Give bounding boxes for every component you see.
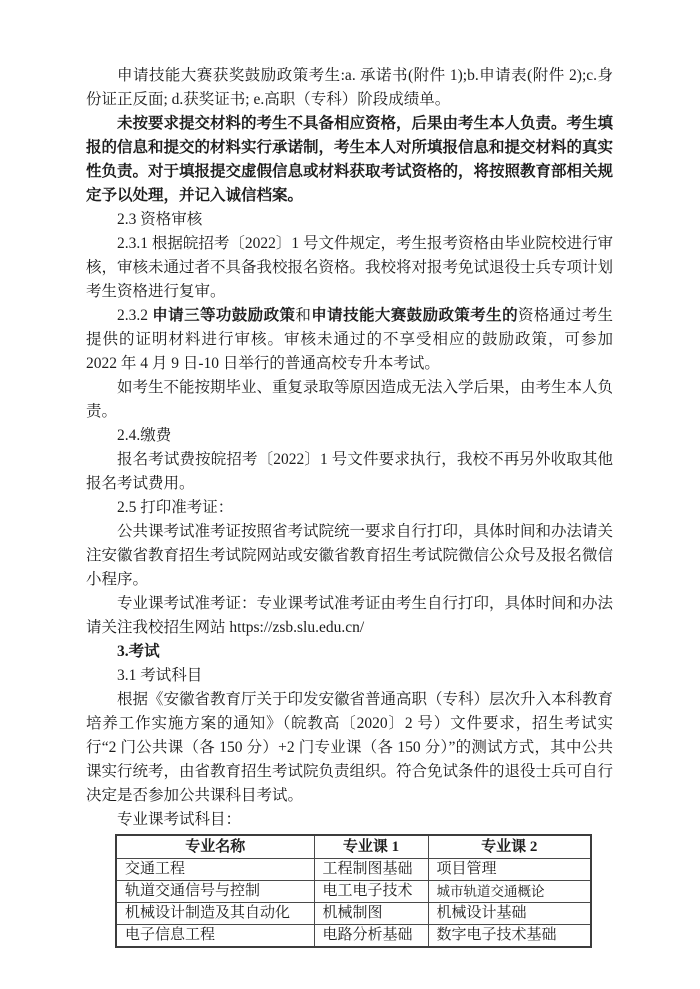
section-heading-3-1: 3.1 考试科目 — [86, 664, 613, 688]
table-row: 机械设计制造及其自动化 机械制图 机械设计基础 — [116, 903, 591, 925]
section-heading-2-4: 2.4.缴费 — [86, 424, 613, 448]
table-cell: 数字电子技术基础 — [428, 925, 591, 948]
table-cell: 机械设计基础 — [428, 903, 591, 925]
table-cell: 轨道交通信号与控制 — [116, 881, 314, 903]
header-major-course-1: 专业课 1 — [314, 835, 428, 859]
header-major-course-2: 专业课 2 — [428, 835, 591, 859]
subjects-table-header-row: 专业名称 专业课 1 专业课 2 — [116, 835, 591, 859]
paragraph-exam-intro: 根据《安徽省教育厅关于印发安徽省普通高职（专科）层次升入本科教育培养工作实施方案… — [86, 688, 613, 808]
table-cell: 项目管理 — [428, 859, 591, 881]
table-cell: 交通工程 — [116, 859, 314, 881]
paragraph-deferral-responsibility: 如考生不能按期毕业、重复录取等原因造成无法入学后果，由考生本人负责。 — [86, 376, 613, 424]
table-row: 交通工程 工程制图基础 项目管理 — [116, 859, 591, 881]
table-cell: 机械设计制造及其自动化 — [116, 903, 314, 925]
paragraph-2-3-2-prefix: 2.3.2 — [117, 307, 152, 324]
section-heading-3: 3.考试 — [86, 640, 613, 664]
paragraph-fee: 报名考试费按皖招考〔2022〕1 号文件要求执行，我校不再另外收取其他报名考试费… — [86, 448, 613, 496]
paragraph-2-3-2: 2.3.2 申请三等功鼓励政策和申请技能大赛鼓励政策考生的资格通过考生提供的证明… — [86, 304, 613, 376]
subjects-table: 专业名称 专业课 1 专业课 2 交通工程 工程制图基础 项目管理 轨道交通信号… — [115, 834, 592, 948]
table-cell: 电路分析基础 — [314, 925, 428, 948]
paragraph-attachments: 申请技能大赛获奖鼓励政策考生:a. 承诺书(附件 1);b.申请表(附件 2);… — [86, 64, 613, 112]
table-cell: 电子信息工程 — [116, 925, 314, 948]
table-row: 轨道交通信号与控制 电工电子技术 城市轨道交通概论 — [116, 881, 591, 903]
table-cell: 机械制图 — [314, 903, 428, 925]
skills-competition-policy-bold-text: 申请技能大赛鼓励政策考生的 — [311, 307, 518, 324]
table-cell: 电工电子技术 — [314, 881, 428, 903]
document-page: 申请技能大赛获奖鼓励政策考生:a. 承诺书(附件 1);b.申请表(附件 2);… — [0, 0, 700, 989]
section-heading-2-5: 2.5 打印准考证： — [86, 496, 613, 520]
document-content: 申请技能大赛获奖鼓励政策考生:a. 承诺书(附件 1);b.申请表(附件 2);… — [86, 64, 613, 948]
table-cell: 城市轨道交通概论 — [428, 881, 591, 903]
paragraph-2-3-2-connector: 和 — [295, 307, 311, 324]
admissions-website-url: https://zsb.slu.edu.cn/ — [229, 619, 364, 636]
subjects-table-wrapper: 专业名称 专业课 1 专业课 2 交通工程 工程制图基础 项目管理 轨道交通信号… — [115, 834, 613, 948]
paragraph-print-major-course: 专业课考试准考证：专业课考试准考证由考生自行打印，具体时间和办法请关注我校招生网… — [86, 592, 613, 640]
paragraph-print-public-course: 公共课考试准考证按照省考试院统一要求自行打印，具体时间和办法请关注安徽省教育招生… — [86, 520, 613, 592]
table-cell: 工程制图基础 — [314, 859, 428, 881]
paragraph-responsibility: 未按要求提交材料的考生不具备相应资格，后果由考生本人负责。考生填报的信息和提交的… — [86, 112, 613, 208]
merit-policy-bold-text: 申请三等功鼓励政策 — [152, 307, 295, 324]
paragraph-2-3-1: 2.3.1 根据皖招考〔2022〕1 号文件规定，考生报考资格由毕业院校进行审核… — [86, 232, 613, 304]
section-heading-2-3: 2.3 资格审核 — [86, 208, 613, 232]
header-major-name: 专业名称 — [116, 835, 314, 859]
table-row: 电子信息工程 电路分析基础 数字电子技术基础 — [116, 925, 591, 948]
paragraph-subjects-label: 专业课考试科目： — [86, 808, 613, 832]
